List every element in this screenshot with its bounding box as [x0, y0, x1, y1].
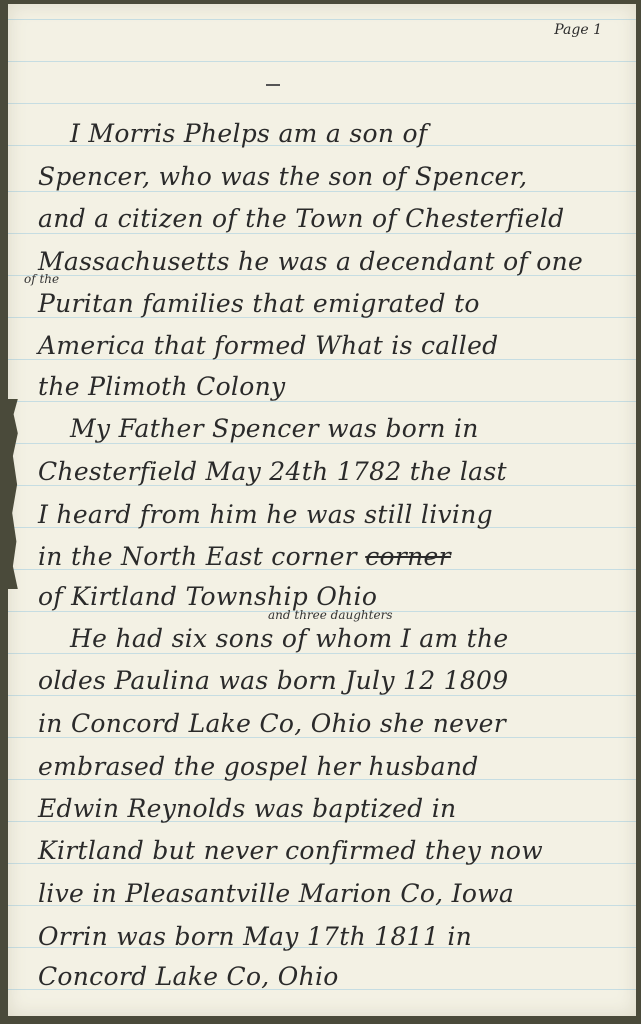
line-text: in the North East corner: [38, 542, 357, 571]
manuscript-line: and a citizen of the Town of Chesterfiel…: [38, 204, 626, 234]
manuscript-line: He had six sons of whom I am the: [70, 624, 626, 654]
manuscript-line: Concord Lake Co, Ohio: [38, 962, 626, 992]
manuscript-line: I Morris Phelps am a son of: [70, 119, 626, 149]
page-number: Page 1: [554, 22, 602, 38]
manuscript-line: Puritan families that emigrated to: [38, 289, 626, 319]
manuscript-line: embrased the gospel her husband: [38, 752, 626, 782]
insertion-text: of the: [24, 272, 59, 286]
manuscript-line: Spencer, who was the son of Spencer,: [38, 162, 626, 192]
manuscript-line: in the North East corner corner: [38, 542, 626, 572]
ink-mark: [266, 84, 280, 86]
torn-edge: [8, 399, 22, 589]
manuscript-line: the Plimoth Colony: [38, 372, 626, 402]
manuscript-line: My Father Spencer was born in: [70, 414, 626, 444]
manuscript-line: America that formed What is called: [38, 331, 626, 361]
manuscript-line: Massachusetts he was a decendant of one: [38, 247, 626, 277]
manuscript-line: Kirtland but never confirmed they now: [38, 836, 626, 866]
manuscript-page: Page 1 I Morris Phelps am a son of Spenc…: [8, 4, 636, 1016]
insertion-text: and three daughters: [268, 608, 392, 622]
manuscript-line: oldes Paulina was born July 12 1809: [38, 666, 626, 696]
manuscript-line: Chesterfield May 24th 1782 the last: [38, 457, 626, 487]
manuscript-line: in Concord Lake Co, Ohio she never: [38, 709, 626, 739]
manuscript-line: Orrin was born May 17th 1811 in: [38, 922, 626, 952]
manuscript-line: live in Pleasantville Marion Co, Iowa: [38, 879, 626, 909]
struck-word: corner: [365, 542, 451, 571]
manuscript-line: I heard from him he was still living: [38, 500, 626, 530]
manuscript-line: Edwin Reynolds was baptized in: [38, 794, 626, 824]
